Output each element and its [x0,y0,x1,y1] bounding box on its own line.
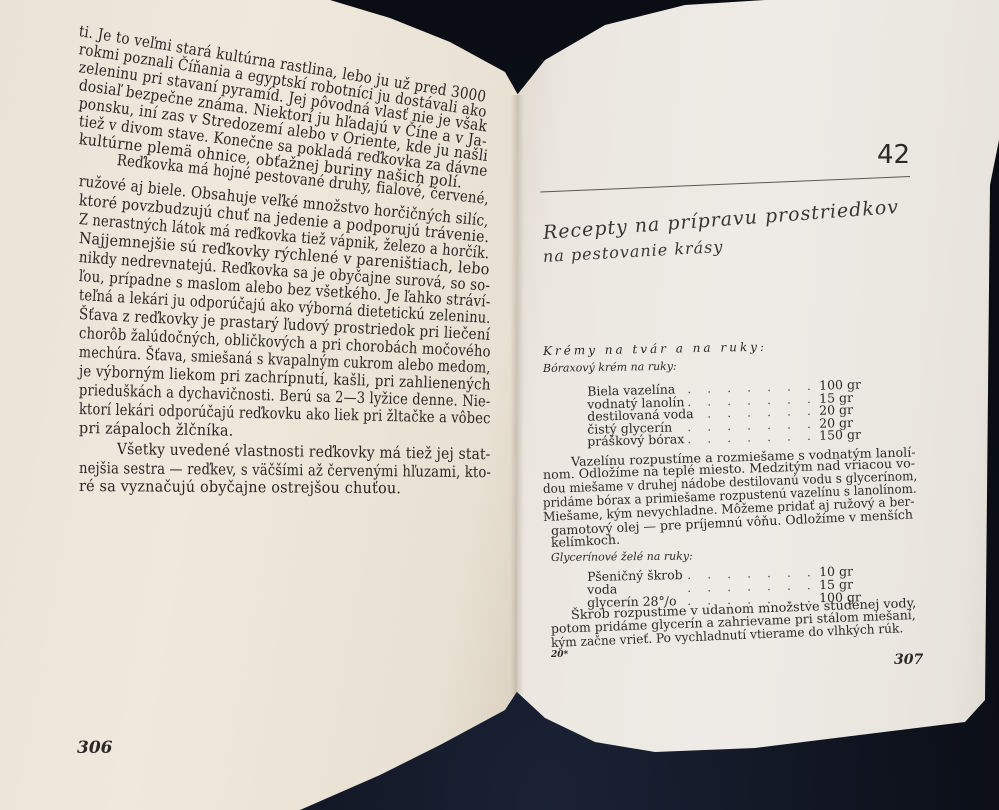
ingredient-amount: 150 gr [819,427,861,443]
chapter-number: 42 [877,140,910,170]
recipe-title: Glycerínové želé na ruky: [551,550,693,564]
right-page-number: 307 [894,652,923,668]
ingredient-name: práškový bórax [587,431,684,449]
book-gutter [510,95,524,695]
left-page-number: 306 [77,738,113,758]
recipe-title: Bóraxový krém na ruky: [543,360,677,375]
left-text-line: ré sa vyznačujú obyčajne ostrejšou chuťo… [79,477,401,497]
left-text-line: pri zápaloch žlčníka. [79,419,234,440]
signature-mark: 20* [551,650,568,660]
